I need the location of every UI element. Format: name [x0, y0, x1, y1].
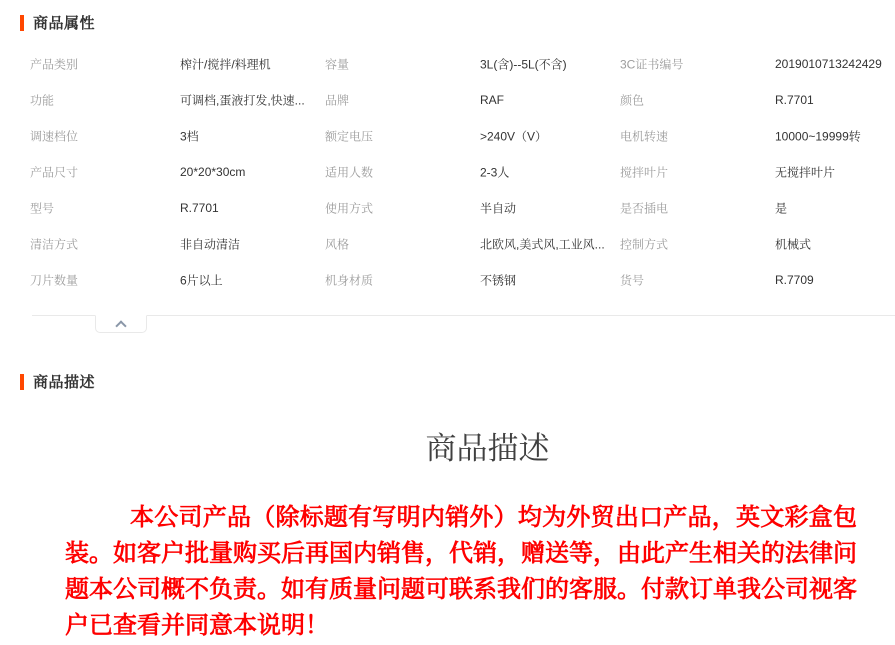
description-section-title: 商品描述 — [33, 371, 95, 392]
attribute-row: 清洁方式非自动清洁风格北欧风,美式风,工业风...控制方式机械式 — [0, 226, 895, 262]
attribute-label: 清洁方式 — [30, 236, 78, 253]
attributes-table: 产品类别榨汁/搅拌/料理机容量3L(含)--5L(不含)3C证书编号201901… — [0, 46, 895, 298]
attribute-label: 额定电压 — [325, 128, 373, 145]
attribute-value: >240V（V） — [480, 128, 547, 145]
attribute-label: 产品尺寸 — [30, 164, 78, 181]
attribute-label: 控制方式 — [620, 236, 668, 253]
attribute-row: 产品类别榨汁/搅拌/料理机容量3L(含)--5L(不含)3C证书编号201901… — [0, 46, 895, 82]
description-heading: 商品描述 — [0, 423, 895, 468]
attribute-row: 功能可调档,蛋液打发,快速...品牌RAF颜色R.7701 — [0, 82, 895, 118]
attribute-value: R.7709 — [775, 273, 814, 287]
attribute-label: 品牌 — [325, 92, 349, 109]
attribute-value: 非自动清洁 — [180, 236, 240, 253]
attribute-label: 电机转速 — [620, 128, 668, 145]
attribute-label: 3C证书编号 — [620, 56, 683, 73]
attribute-value: RAF — [480, 93, 504, 107]
attribute-label: 型号 — [30, 200, 54, 217]
attribute-value: 机械式 — [775, 236, 811, 253]
attribute-label: 功能 — [30, 92, 54, 109]
attributes-section-title: 商品属性 — [33, 12, 95, 33]
chevron-up-icon — [115, 320, 126, 331]
accent-bar — [20, 374, 24, 390]
attribute-label: 产品类别 — [30, 56, 78, 73]
attribute-label: 容量 — [325, 56, 349, 73]
attribute-value: 榨汁/搅拌/料理机 — [180, 56, 271, 73]
attribute-value: 半自动 — [480, 200, 516, 217]
product-detail-page: 商品属性 产品类别榨汁/搅拌/料理机容量3L(含)--5L(不含)3C证书编号2… — [0, 0, 895, 645]
attributes-section-divider — [32, 315, 895, 316]
attribute-value: 20*20*30cm — [180, 165, 245, 179]
attribute-label: 搅拌叶片 — [620, 164, 668, 181]
attribute-label: 适用人数 — [325, 164, 373, 181]
attribute-row: 刀片数量6片以上机身材质不锈钢货号R.7709 — [0, 262, 895, 298]
attribute-value: 10000~19999转 — [775, 128, 861, 145]
attribute-value: 6片以上 — [180, 272, 223, 289]
attribute-label: 货号 — [620, 272, 644, 289]
attribute-value: 是 — [775, 200, 787, 217]
attribute-label: 颜色 — [620, 92, 644, 109]
description-section-header: 商品描述 — [20, 373, 95, 390]
attribute-row: 产品尺寸20*20*30cm适用人数2-3人搅拌叶片无搅拌叶片 — [0, 154, 895, 190]
attribute-label: 调速档位 — [30, 128, 78, 145]
attribute-label: 使用方式 — [325, 200, 373, 217]
attribute-value: 无搅拌叶片 — [775, 164, 835, 181]
attribute-label: 是否插电 — [620, 200, 668, 217]
attribute-label: 机身材质 — [325, 272, 373, 289]
export-disclaimer-text: 本公司产品（除标题有写明内销外）均为外贸出口产品，英文彩盒包装。如客户批量购买后… — [65, 500, 857, 644]
attribute-value: 3档 — [180, 128, 199, 145]
attribute-value: 3L(含)--5L(不含) — [480, 56, 567, 73]
accent-bar — [20, 15, 24, 31]
collapse-attributes-button[interactable] — [95, 315, 147, 333]
attribute-row: 调速档位3档额定电压>240V（V）电机转速10000~19999转 — [0, 118, 895, 154]
attribute-value: 2-3人 — [480, 164, 509, 181]
attribute-value: R.7701 — [180, 201, 219, 215]
attribute-value: 不锈钢 — [480, 272, 516, 289]
attribute-value: 2019010713242429 — [775, 57, 882, 71]
attribute-label: 刀片数量 — [30, 272, 78, 289]
attribute-value: R.7701 — [775, 93, 814, 107]
attribute-value: 可调档,蛋液打发,快速... — [180, 92, 305, 109]
attribute-value: 北欧风,美式风,工业风... — [480, 236, 605, 253]
attributes-section-header: 商品属性 — [20, 14, 95, 31]
attribute-row: 型号R.7701使用方式半自动是否插电是 — [0, 190, 895, 226]
attribute-label: 风格 — [325, 236, 349, 253]
